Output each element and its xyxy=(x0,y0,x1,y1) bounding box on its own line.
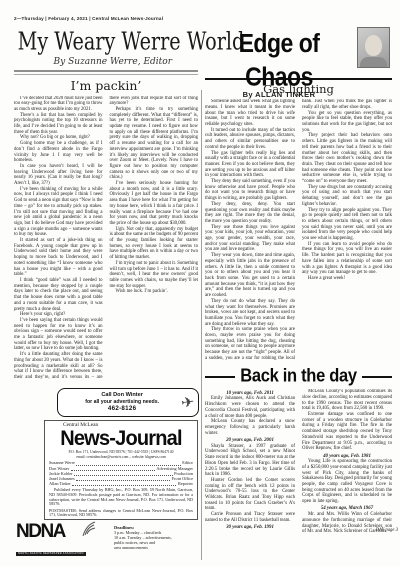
article-headline-im-packin: I’m packin’ xyxy=(14,78,198,93)
deadline-line: area announcements xyxy=(114,545,172,550)
bitd-section-paragraphs: Young Life is sponsoring the constructio… xyxy=(302,459,392,505)
article-paragraph: Someone asked last week what gas lightin… xyxy=(205,99,295,128)
article-paragraph: I’ve decided that 2020 must have just be… xyxy=(14,96,103,113)
bitd-section-paragraphs: Emily Johannes, Alix Auck and Christian … xyxy=(205,396,295,436)
article-body-gas-lighting: Someone asked last week what gas lightin… xyxy=(205,99,392,362)
columnist-photo xyxy=(357,27,390,68)
column-masthead-title: Edge of Chaos xyxy=(205,26,353,93)
article-paragraph: It started as sort of a joke-ish thing o… xyxy=(14,238,103,278)
dot-leader xyxy=(74,471,172,476)
bitd-section: 40 years ago, Feb. 1981 Young Life is sp… xyxy=(302,454,392,505)
bitd-paragraph: Shayla Strasser, a 1997 graduate of Unde… xyxy=(205,444,295,478)
paper-address-line: P.O. Box 171, Underwood, ND 58576 | 701-… xyxy=(49,450,193,454)
back-in-the-day-header: Back in the day xyxy=(205,367,392,386)
back-in-the-day-title: Back in the day xyxy=(235,366,362,387)
dot-leader xyxy=(76,477,170,482)
article-paragraph: I think “good table” was all I needed to… xyxy=(14,278,103,312)
left-page-half: My Weary Werre World By Suzanne Werre, E… xyxy=(14,25,198,382)
article-paragraph: They deny they said something, even if y… xyxy=(205,179,295,202)
double-rule xyxy=(14,70,198,75)
article-paragraph: Wish me luck. I’m packin’. xyxy=(110,289,199,295)
article-paragraph: It turned out to include many of the tac… xyxy=(205,128,295,151)
postmaster-note: POSTMASTER: Send address changes to Cent… xyxy=(49,509,193,519)
ad-line-1: Call Don Winter xyxy=(62,392,182,399)
bitd-paragraph: McLean County has declared a snow emerge… xyxy=(205,419,295,436)
article-paragraph: I’ve been seriously house hunting for ab… xyxy=(110,181,199,227)
publishing-info: Published every Thursday by BHG, Inc., P… xyxy=(49,488,193,507)
photo-shoulders-shape xyxy=(360,57,387,67)
bitd-paragraph: McLean County’s population continues its… xyxy=(302,389,392,412)
deadlines-lines: 3 p.m. Monday – classifieds10 a.m. Tuesd… xyxy=(114,530,172,550)
article-paragraph: There’s a list that has been compiled by… xyxy=(14,113,103,136)
continuation-jump-line: DAY page 3 xyxy=(376,528,398,533)
deadlines-block: Deadlines: 3 p.m. Monday – classifieds10… xyxy=(114,525,172,550)
staff-row: Allan Tinker Reporter xyxy=(49,481,193,486)
paper-contact-line: email: centralmclean@westriv.com – websi… xyxy=(49,455,193,459)
edge-of-chaos-header: Edge of Chaos By ALLAN TINKER xyxy=(205,26,392,75)
center-column-rule xyxy=(201,90,202,560)
header-rule-right xyxy=(362,376,392,378)
article-paragraph: They do not do what they say. They do wh… xyxy=(205,299,295,328)
ndna-feather-icon xyxy=(78,521,96,543)
article-paragraph: They project their bad behaviors onto ot… xyxy=(302,133,392,184)
bitd-section: 10 years ago, Feb. 2011 Emily Johannes, … xyxy=(205,391,295,437)
right-page-half: Edge of Chaos By ALLAN TINKER Gas lighti… xyxy=(205,26,392,567)
column-masthead-title: My Weary Werre World xyxy=(18,25,195,57)
article-paragraph: They try to align people against you. Th… xyxy=(302,208,392,242)
ndna-logo: NDNA NORTH DAKOTA NEWSPAPER ASSOCIATION xyxy=(16,523,100,559)
advertising-box: Call Don Winter for all your advertising… xyxy=(57,388,199,417)
article-paragraph: They deny, deny, deny. You start questio… xyxy=(205,202,295,225)
staff-role: Reporter xyxy=(178,481,193,486)
bitd-paragraph: Young Life is sponsoring the constructio… xyxy=(302,459,392,505)
article-paragraph: If you can learn to avoid people who do … xyxy=(302,242,392,276)
airplane-icon: ✈ xyxy=(180,394,196,412)
newspaper-masthead-box: Central McLean News-Journal P.O. Box 171… xyxy=(44,420,198,520)
header-rule-left xyxy=(205,376,235,378)
column-masthead-byline: By Suzanne Werre, Editor xyxy=(14,57,198,67)
bitd-section-paragraphs: Shayla Strasser, a 1997 graduate of Unde… xyxy=(205,444,295,524)
ad-phone-number: 462-8126 xyxy=(62,405,182,413)
article-paragraph: Perhaps it’s time to try something compl… xyxy=(110,107,199,181)
bitd-paragraph: Carrie Pronson and Tracy Strasser were n… xyxy=(205,512,295,523)
bitd-paragraph: Emily Johannes, Alix Auck and Christian … xyxy=(205,396,295,419)
bitd-paragraph: Extreme damage was confined to one corne… xyxy=(302,412,392,452)
article-paragraph: The gas lighter tells really big lies an… xyxy=(205,151,295,180)
bitd-section-paragraphs: McLean County’s population continues its… xyxy=(302,389,392,452)
ad-text: Call Don Winter for all your advertising… xyxy=(62,392,182,413)
article-body-im-packin: I’ve decided that 2020 must have just be… xyxy=(14,96,198,382)
article-paragraph: Ugh. Not only that, apparently my budget… xyxy=(110,227,199,261)
dot-leader xyxy=(71,466,155,471)
article-paragraph: Going home may be a challenge, as if I d… xyxy=(14,141,103,164)
article-paragraph: Have a great week! xyxy=(302,276,392,282)
article-paragraph: I’ve been saying that certain things wou… xyxy=(14,318,103,352)
paper-name-large: News-Journal xyxy=(49,429,193,450)
photo-face-shape xyxy=(365,35,382,56)
article-paragraph: They use drugs but are constantly accusi… xyxy=(302,185,392,208)
staff-name: Allan Tinker xyxy=(49,481,71,486)
dot-leader xyxy=(72,482,176,487)
article-paragraph: I’ve been thinking of moving for a while… xyxy=(14,187,103,238)
ndna-subtitle: NORTH DAKOTA NEWSPAPER ASSOCIATION xyxy=(16,552,86,556)
bitd-section-heading: 30 years ago, Feb. 1991 xyxy=(205,525,295,531)
bitd-section: 20 years ago, Feb. 2001 Shayla Strasser,… xyxy=(205,438,295,524)
paper-wordmark: Central McLean News-Journal xyxy=(49,423,193,448)
article-paragraph: They wear you down, time and time again,… xyxy=(205,253,295,299)
article-paragraph: They use those things you love against y… xyxy=(205,225,295,254)
back-in-the-day-body: 10 years ago, Feb. 2011 Emily Johannes, … xyxy=(205,389,392,537)
bitd-paragraph: Hunter Gordon led the Comet scorers comi… xyxy=(205,478,295,512)
folio-line: 2—Thursday | February 4, 2021 | Central … xyxy=(14,16,163,21)
article-paragraph: I’m trying not to panic about it. Someth… xyxy=(110,261,199,290)
staff-list: Suzanne Werre Editor Don Winter Advertis… xyxy=(49,460,193,486)
article-paragraph: In case you haven’t heard, I will be lea… xyxy=(14,164,103,187)
bottom-left-row: NDNA NORTH DAKOTA NEWSPAPER ASSOCIATION … xyxy=(16,523,198,559)
article-paragraph: You get so you question everything, as p… xyxy=(302,111,392,134)
